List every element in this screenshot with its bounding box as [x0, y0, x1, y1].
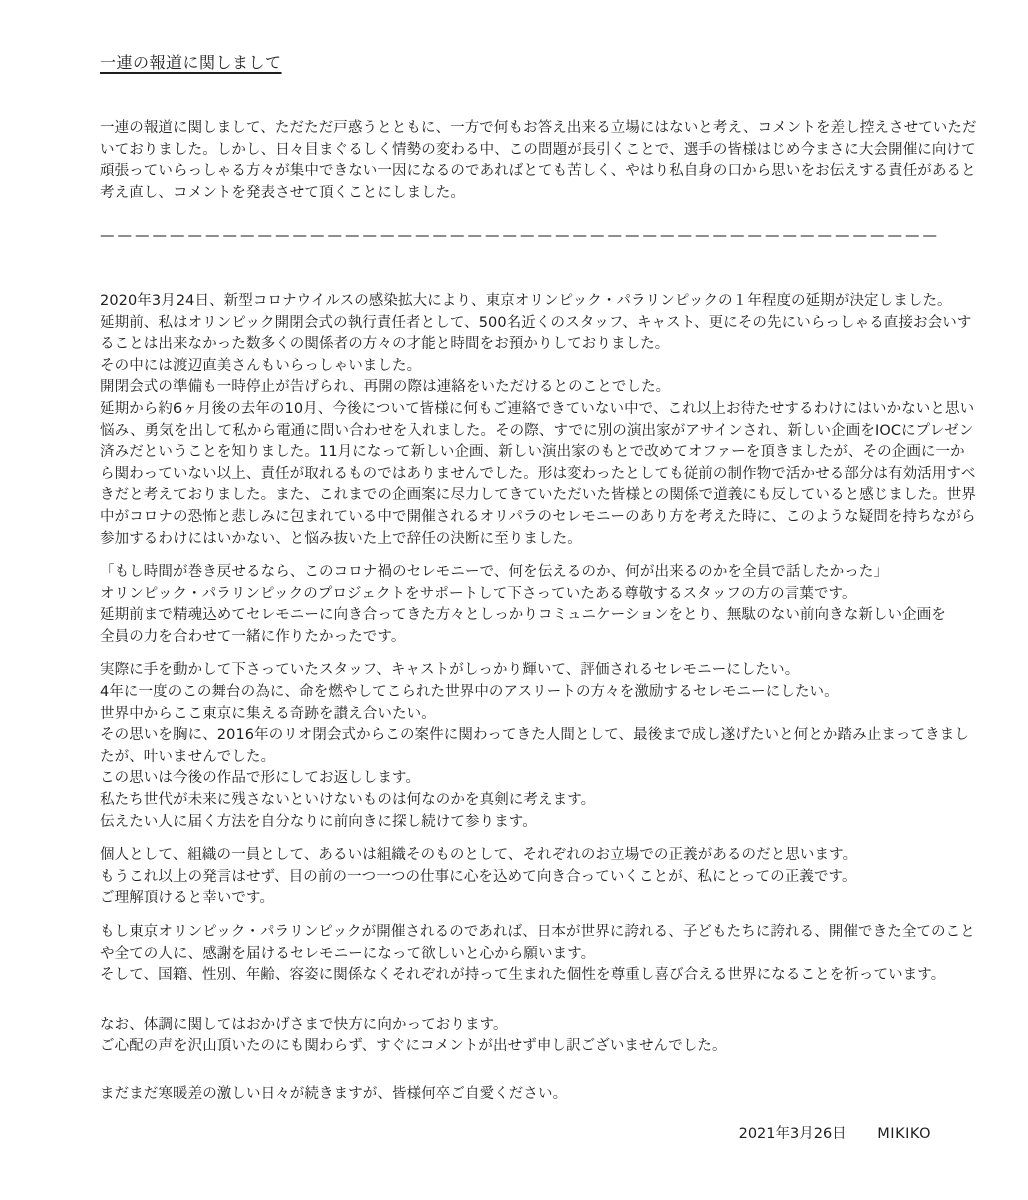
paragraph: 「もし時間が巻き戻せるなら、このコロナ禍のセレモニーで、何を伝えるのか、何が出来… [100, 562, 945, 648]
paragraph: まだまだ寒暖差の激しい日々が続きますが、皆様何卒ご自愛ください。 [100, 1084, 945, 1106]
text-line: 中がコロナの恐怖と悲しみに包まれている中で開催されるオリパラのセレモニーのあり方… [100, 507, 945, 529]
statement-content: 一連の報道に関しまして 一連の報道に関しまして、ただただ戸惑うとともに、一方で何… [100, 52, 945, 1145]
text-line: 2020年3月24日、新型コロナウイルスの感染拡大により、東京オリンピック・パラ… [100, 291, 945, 313]
separator-line: ————————————————————————————————————————… [100, 226, 945, 248]
text-line: 伝えたい人に届く方法を自分なりに前向きに探し続けて参ります。 [100, 812, 945, 834]
text-line: 「もし時間が巻き戻せるなら、このコロナ禍のセレモニーで、何を伝えるのか、何が出来… [100, 562, 945, 584]
text-line: 私たち世代が未来に残さないといけないものは何なのかを真剣に考えます。 [100, 790, 945, 812]
text-line: 個人として、組織の一員として、あるいは組織そのものとして、それぞれのお立場での正… [100, 845, 945, 867]
paragraph: もし東京オリンピック・パラリンピックが開催されるのであれば、日本が世界に誇れる、… [100, 922, 945, 987]
document-body: 2020年3月24日、新型コロナウイルスの感染拡大により、東京オリンピック・パラ… [100, 291, 945, 1106]
text-line: ら関わっていない以上、責任が取れるものではありませんでした。形は変わったとしても… [100, 464, 945, 486]
text-line: 頑張っていらっしゃる方々が集中できない一因になるのであればとても苦しく、やはり私… [100, 161, 945, 183]
text-line: 考え直し、コメントを発表させて頂くことにしました。 [100, 183, 945, 205]
text-line: ご理解頂けると幸いです。 [100, 888, 945, 910]
signature-name: MIKIKO [877, 1126, 931, 1142]
paragraph: 2020年3月24日、新型コロナウイルスの感染拡大により、東京オリンピック・パラ… [100, 291, 945, 550]
text-line: いておりました。しかし、日々目まぐるしく情勢の変わる中、この問題が長引くことで、… [100, 140, 945, 162]
text-line: その中には渡辺直美さんもいらっしゃいました。 [100, 356, 945, 378]
text-line: 延期前、私はオリンピック開閉会式の執行責任者として、500名近くのスタッフ、キャ… [100, 313, 945, 335]
text-line: そして、国籍、性別、年齢、容姿に関係なくそれぞれが持って生まれた個性を尊重し喜び… [100, 965, 945, 987]
text-line: ることは出来なかった数多くの関係者の方々の才能と時間をお預かりしておりました。 [100, 334, 945, 356]
paragraph: 実際に手を動かして下さっていたスタッフ、キャストがしっかり輝いて、評価されるセレ… [100, 660, 945, 833]
text-line: オリンピック・パラリンピックのプロジェクトをサポートして下さっていたある尊敬する… [100, 584, 945, 606]
signature-date: 2021年3月26日 [739, 1126, 847, 1142]
text-line: 一連の報道に関しまして、ただただ戸惑うとともに、一方で何もお答え出来る立場にはな… [100, 118, 945, 140]
text-line: 延期から約6ヶ月後の去年の10月、今後について皆様に何もご連絡できていない中で、… [100, 399, 945, 421]
text-line: なお、体調に関してはおかげさまで快方に向かっております。 [100, 1015, 945, 1037]
text-line: 全員の力を合わせて一緒に作りたかったです。 [100, 627, 945, 649]
text-line: もうこれ以上の発言はせず、目の前の一つ一つの仕事に心を込めて向き合っていくことが… [100, 867, 945, 889]
text-line: きだと考えておりました。また、これまでの企画案に尽力してきていただいた皆様との関… [100, 485, 945, 507]
paragraph: 個人として、組織の一員として、あるいは組織そのものとして、それぞれのお立場での正… [100, 845, 945, 910]
text-line: 済みだということを知りました。11月になって新しい企画、新しい演出家のもとで改め… [100, 442, 945, 464]
text-line: 実際に手を動かして下さっていたスタッフ、キャストがしっかり輝いて、評価されるセレ… [100, 660, 945, 682]
text-line: 参加するわけにはいかない、と悩み抜いた上で辞任の決断に至りました。 [100, 529, 945, 551]
text-line: ご心配の声を沢山頂いたのにも関わらず、すぐにコメントが出せず申し訳ございませんで… [100, 1036, 945, 1058]
text-line: まだまだ寒暖差の激しい日々が続きますが、皆様何卒ご自愛ください。 [100, 1084, 945, 1106]
text-line: 延期前まで精魂込めてセレモニーに向き合ってきた方々としっかりコミュニケーションを… [100, 605, 945, 627]
text-line: 4年に一度のこの舞台の為に、命を燃やしてこられた世界中のアスリートの方々を激励す… [100, 682, 945, 704]
signature: 2021年3月26日 MIKIKO [100, 1124, 945, 1146]
text-line: その思いを胸に、2016年のリオ閉会式からこの案件に関わってきた人間として、最後… [100, 725, 945, 747]
lead-paragraph: 一連の報道に関しまして、ただただ戸惑うとともに、一方で何もお答え出来る立場にはな… [100, 118, 945, 204]
text-line: もし東京オリンピック・パラリンピックが開催されるのであれば、日本が世界に誇れる、… [100, 922, 945, 944]
text-line: この思いは今後の作品で形にしてお返しします。 [100, 768, 945, 790]
statement-page: 一連の報道に関しまして 一連の報道に関しまして、ただただ戸惑うとともに、一方で何… [0, 0, 1028, 1200]
paragraph: なお、体調に関してはおかげさまで快方に向かっております。ご心配の声を沢山頂いたの… [100, 1015, 945, 1058]
text-line: 悩み、勇気を出して私から電通に問い合わせを入れました。その際、すでに別の演出家が… [100, 421, 945, 443]
text-line: たが、叶いませんでした。 [100, 747, 945, 769]
text-line: や全ての人に、感謝を届けるセレモニーになって欲しいと心から願います。 [100, 944, 945, 966]
page-title: 一連の報道に関しまして [100, 52, 945, 74]
text-line: 開閉会式の準備も一時停止が告げられ、再開の際は連絡をいただけるとのことでした。 [100, 377, 945, 399]
text-line: 世界中からここ東京に集える奇跡を讃え合いたい。 [100, 704, 945, 726]
